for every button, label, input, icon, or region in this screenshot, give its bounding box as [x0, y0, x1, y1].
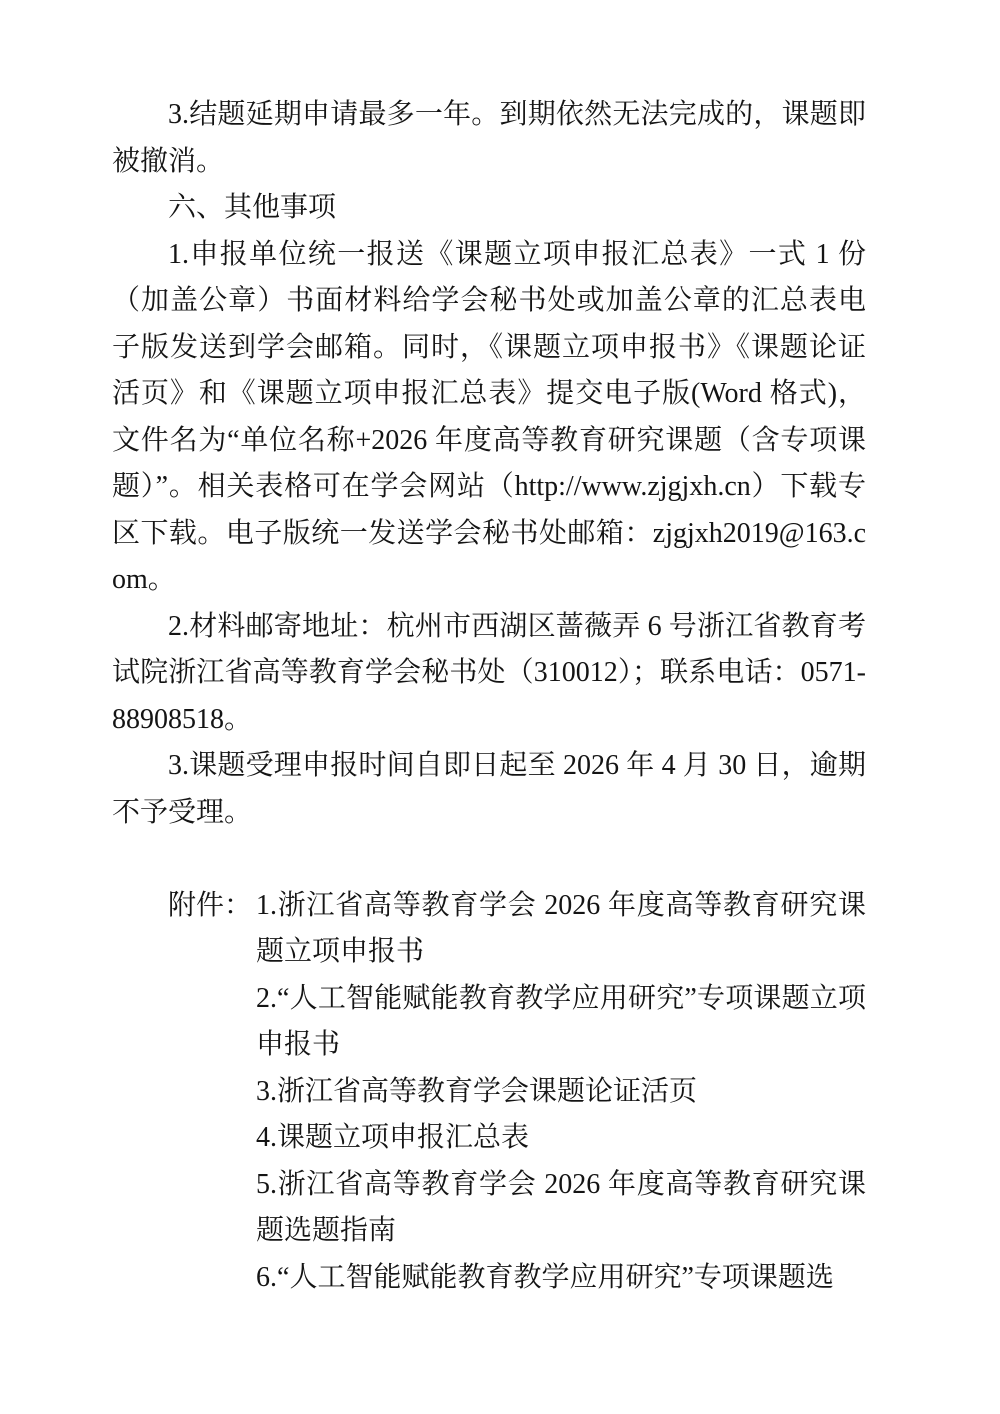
paragraph-deadline: 3.课题受理申报时间自即日起至 2026 年 4 月 30 日，逾期不予受理。	[112, 743, 866, 836]
attachments-list: 附件： 1.浙江省高等教育学会 2026 年度高等教育研究课题立项申报书 2.“…	[112, 883, 866, 1302]
attachments-label: 附件：	[168, 883, 256, 930]
attachment-item: 1.浙江省高等教育学会 2026 年度高等教育研究课题立项申报书	[256, 883, 866, 976]
attachment-item: 2.“人工智能赋能教育教学应用研究”专项课题立项申报书	[256, 976, 866, 1069]
attachment-item: 4.课题立项申报汇总表	[256, 1115, 866, 1162]
attachment-item: 5.浙江省高等教育学会 2026 年度高等教育研究课题选题指南	[256, 1162, 866, 1255]
paragraph-conclusion-delay: 3.结题延期申请最多一年。到期依然无法完成的，课题即被撤消。	[112, 92, 866, 185]
paragraph-submission-requirements: 1.申报单位统一报送《课题立项申报汇总表》一式 1 份（加盖公章）书面材料给学会…	[112, 232, 866, 604]
document-body: 3.结题延期申请最多一年。到期依然无法完成的，课题即被撤消。 六、其他事项 1.…	[112, 92, 866, 1301]
document-page: 3.结题延期申请最多一年。到期依然无法完成的，课题即被撤消。 六、其他事项 1.…	[0, 0, 1000, 1414]
paragraph-mailing-address: 2.材料邮寄地址：杭州市西湖区蔷薇弄 6 号浙江省教育考试院浙江省高等教育学会秘…	[112, 604, 866, 744]
attachment-item: 6.“人工智能赋能教育教学应用研究”专项课题选	[256, 1255, 866, 1302]
section-heading-other-matters: 六、其他事项	[112, 185, 866, 232]
attachments-items: 1.浙江省高等教育学会 2026 年度高等教育研究课题立项申报书 2.“人工智能…	[256, 883, 866, 1302]
attachment-item: 3.浙江省高等教育学会课题论证活页	[256, 1069, 866, 1116]
